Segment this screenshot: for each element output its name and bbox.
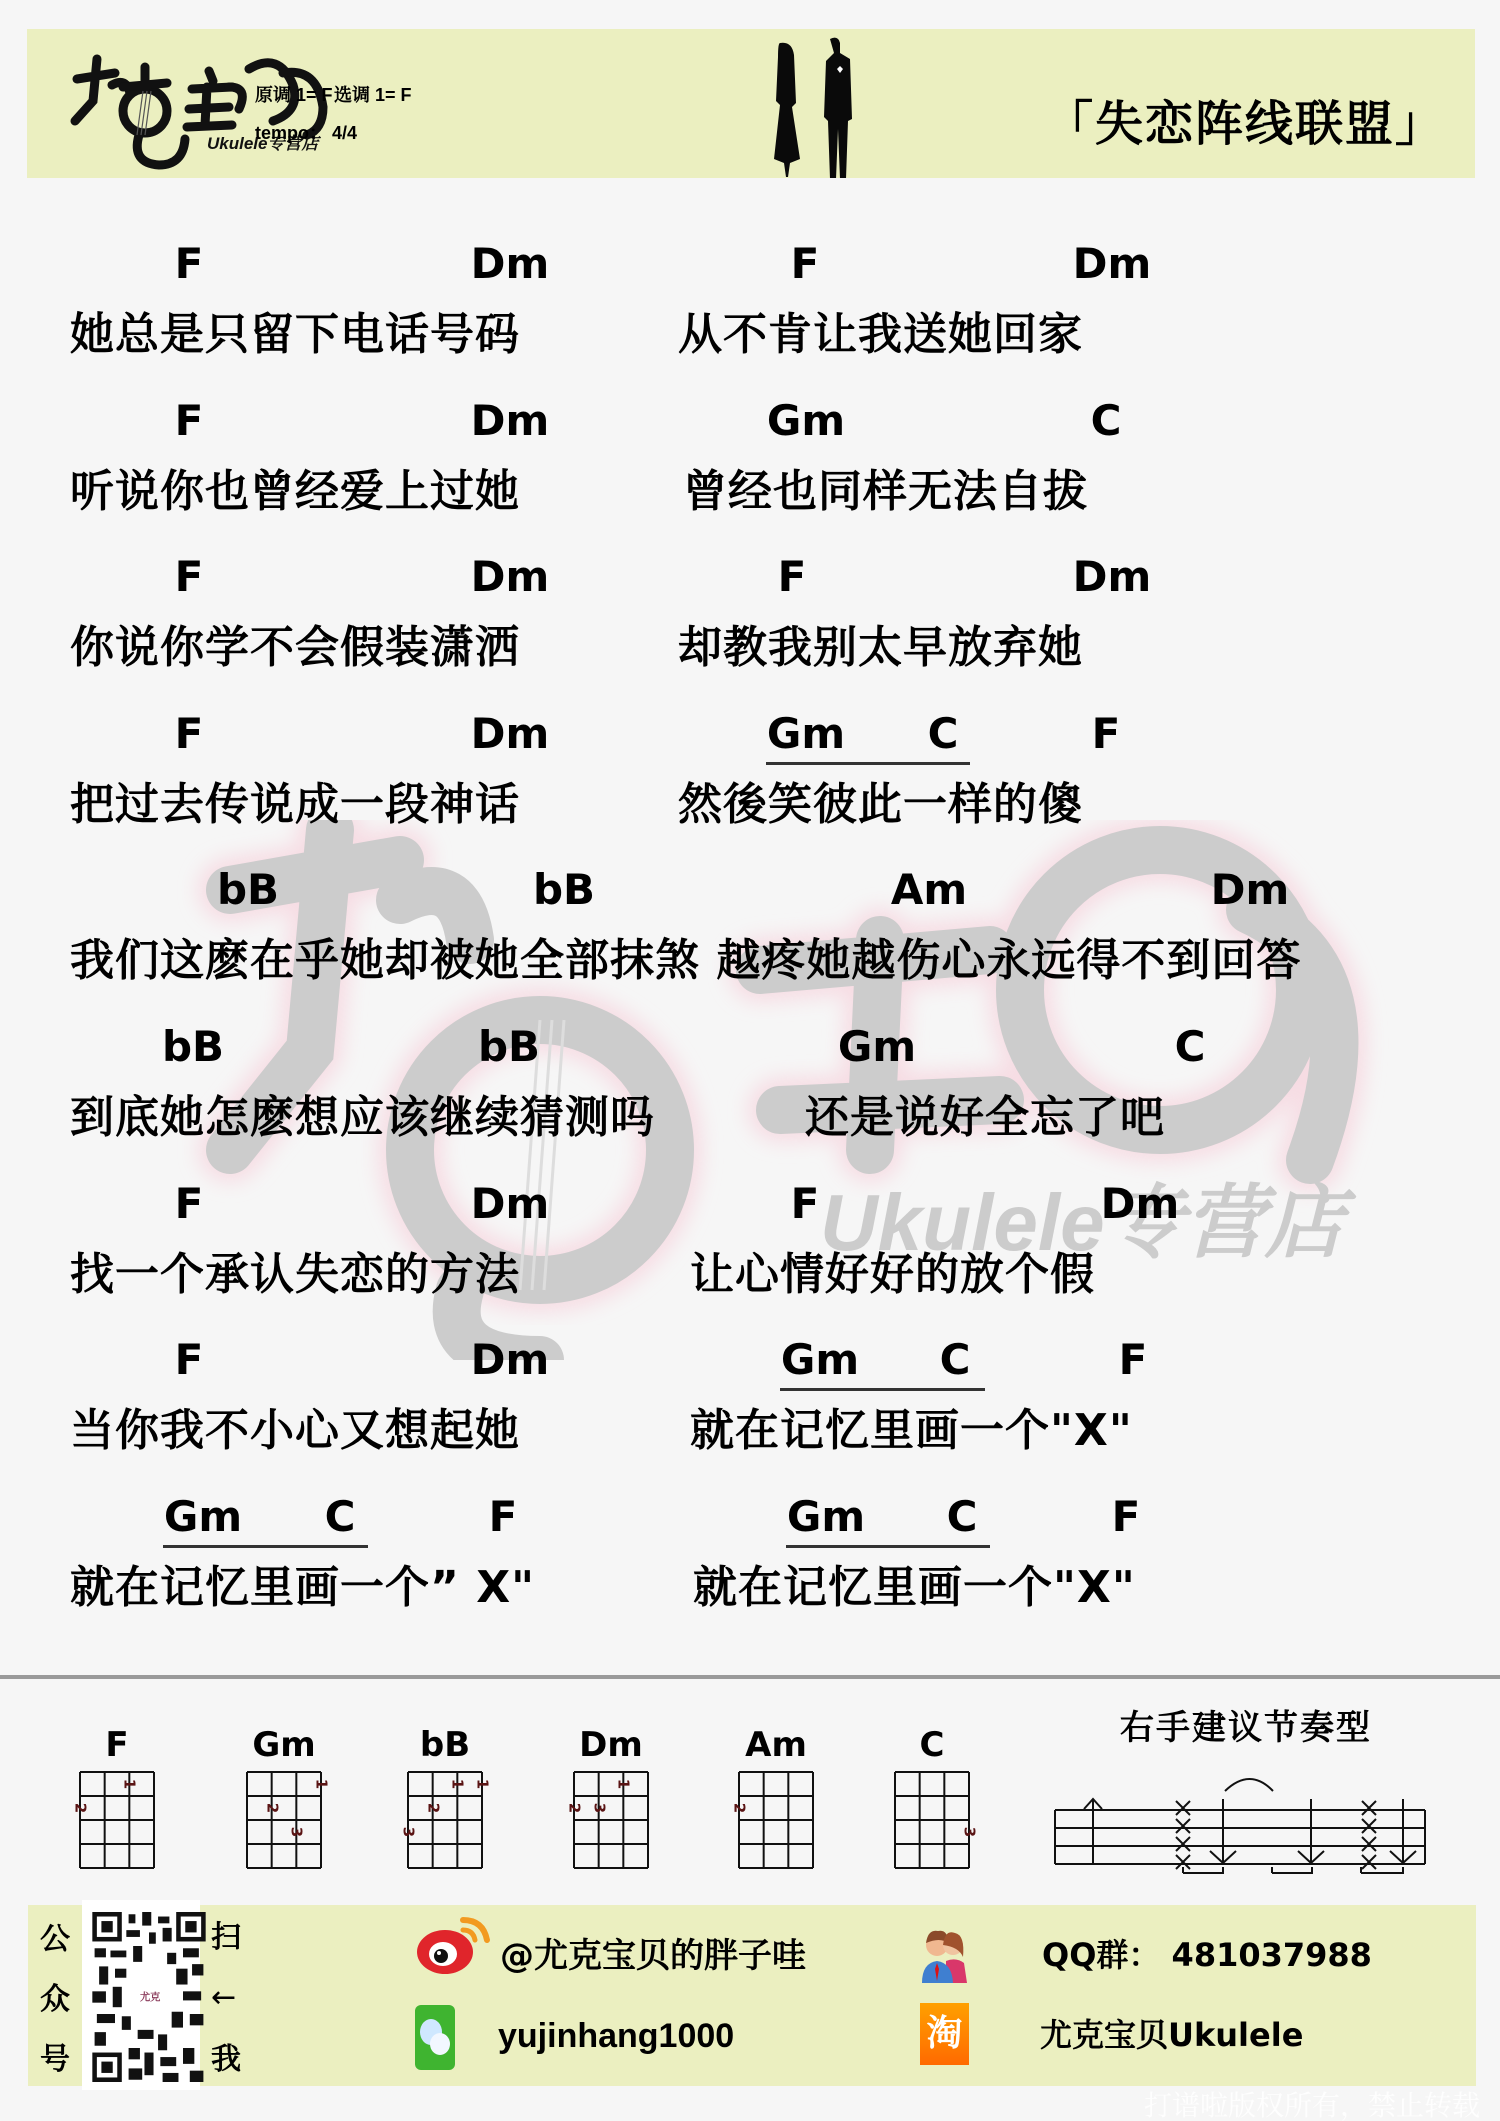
chord-label: Gm — [787, 1496, 865, 1538]
finger-number: 1 — [475, 1779, 490, 1789]
chord-label: F — [489, 1496, 518, 1538]
lyric-line: 你说你学不会假装潇洒 — [70, 626, 520, 670]
lyric-line: 听说你也曾经爱上过她 — [70, 470, 520, 514]
chord-label: Dm — [471, 243, 550, 285]
chord-label: Dm — [1101, 1183, 1180, 1225]
chord-label: Dm — [1073, 243, 1152, 285]
public-account-char: 众 — [40, 1985, 70, 2015]
chord-label: Gm — [767, 400, 845, 442]
chord-diagram-name: Dm — [579, 1728, 643, 1762]
chord-diagram-grid-icon — [572, 1770, 650, 1870]
lyric-line: 曾经也同样无法自拔 — [683, 470, 1088, 514]
footer-band: 公 众 号 尤克 扫 ← 我 — [28, 1905, 1476, 2086]
chord-diagram-name: Am — [745, 1728, 807, 1762]
chord-diagram-name: F — [105, 1728, 128, 1762]
chord-label: Dm — [1073, 556, 1152, 598]
chord-label: Gm — [781, 1339, 859, 1381]
chord-diagram-grid-icon — [245, 1770, 323, 1870]
chord-diagram-grid-icon — [737, 1770, 815, 1870]
original-key: 原调 1= F — [255, 81, 333, 107]
lyric-line: 就在记忆里画一个"X" — [693, 1566, 1136, 1610]
chord-label: F — [175, 400, 204, 442]
couple-silhouette-icon — [752, 29, 882, 178]
copyright-notice: 打谱啦版权所有，禁止转载 — [1144, 2084, 1480, 2121]
chord-label: Dm — [471, 1183, 550, 1225]
chord-label: Gm — [164, 1496, 242, 1538]
chord-label: F — [791, 1183, 820, 1225]
lyric-line: 当你我不小心又想起她 — [70, 1409, 520, 1453]
song-title: 「失恋阵线联盟」 — [1045, 85, 1445, 154]
lyric-line: 还是说好全忘了吧 — [805, 1096, 1165, 1140]
chord-diagram-grid-icon — [893, 1770, 971, 1870]
chord-diagram-name: Gm — [252, 1728, 315, 1762]
chord-label: bB — [162, 1026, 224, 1068]
lyric-line: 让心情好好的放个假 — [690, 1253, 1095, 1297]
finger-number: 3 — [591, 1803, 606, 1813]
wechat-id[interactable]: yujinhang1000 — [498, 2019, 734, 2053]
chord-group-underline — [780, 1388, 985, 1391]
chord-diagram-name: bB — [420, 1728, 470, 1762]
chord-label: Dm — [471, 713, 550, 755]
chord-label: F — [1112, 1496, 1141, 1538]
finger-number: 1 — [616, 1779, 631, 1789]
lyric-line: 却教我别太早放弃她 — [678, 626, 1083, 670]
chord-label: Dm — [1211, 869, 1290, 911]
chord-label: F — [778, 556, 807, 598]
chord-group-underline — [766, 762, 970, 765]
chord-label: Gm — [767, 713, 845, 755]
lyric-line: 然後笑彼此一样的傻 — [678, 783, 1083, 827]
finger-number: 2 — [425, 1803, 440, 1813]
chord-group-underline — [163, 1545, 368, 1548]
chord-label: F — [1092, 713, 1121, 755]
section-divider — [0, 1675, 1500, 1679]
chord-label: F — [175, 243, 204, 285]
finger-number: 3 — [962, 1827, 977, 1837]
weibo-handle[interactable]: @尤克宝贝的胖子哇 — [500, 1939, 806, 1973]
strum-pattern-icon — [1050, 1755, 1440, 1875]
wechat-icon[interactable] — [415, 2005, 455, 2070]
finger-number: 1 — [450, 1779, 465, 1789]
finger-number: 3 — [289, 1827, 304, 1837]
chord-label: C — [940, 1339, 971, 1381]
lyric-line: 就在记忆里画一个” X" — [70, 1566, 535, 1610]
chord-label: Dm — [471, 1339, 550, 1381]
chord-label: F — [175, 556, 204, 598]
qr-code-panel[interactable]: 尤克 — [82, 1900, 200, 2090]
chord-label: bB — [217, 869, 279, 911]
public-account-char: 公 — [40, 1925, 70, 1955]
lyric-line: 到底她怎麽想应该继续猜测吗 — [70, 1096, 655, 1140]
finger-number: 1 — [122, 1779, 137, 1789]
chord-label: bB — [533, 869, 595, 911]
selected-key: 选调 1= F — [334, 81, 412, 107]
chord-label: Dm — [471, 400, 550, 442]
scan-char: 扫 — [211, 1923, 241, 1953]
lyric-line: 把过去传说成一段神话 — [70, 783, 520, 827]
chord-label: C — [928, 713, 959, 755]
chord-diagram-grid-icon — [78, 1770, 156, 1870]
weibo-icon[interactable] — [415, 1910, 497, 1978]
chord-diagram-grid-icon — [406, 1770, 484, 1870]
chord-label: F — [791, 243, 820, 285]
chord-label: bB — [478, 1026, 540, 1068]
finger-number: 2 — [732, 1803, 747, 1813]
chord-label: F — [175, 713, 204, 755]
tempo: tempo： 4/4 — [255, 119, 357, 145]
strum-pattern-title: 右手建议节奏型 — [1120, 1700, 1372, 1749]
chord-group-underline — [786, 1545, 990, 1548]
chord-label: C — [325, 1496, 356, 1538]
chord-label: F — [175, 1183, 204, 1225]
chord-label: Gm — [838, 1026, 916, 1068]
arrow-left-icon: ← — [211, 1983, 236, 2013]
finger-number: 2 — [73, 1803, 88, 1813]
taobao-shop[interactable]: 尤克宝贝Ukulele — [1040, 2019, 1303, 2051]
chord-label: Dm — [471, 556, 550, 598]
chord-label: F — [1119, 1339, 1148, 1381]
finger-number: 1 — [314, 1779, 329, 1789]
chord-label: C — [1091, 400, 1122, 442]
qr-code-icon[interactable]: 尤克 — [90, 1912, 208, 2082]
header-band: Ukulele专营店 原调 1= F 选调 1= F tempo： 4/4 「失… — [27, 29, 1475, 178]
lyric-line: 从不肯让我送她回家 — [678, 313, 1083, 357]
chord-label: Am — [891, 869, 967, 911]
public-account-char: 号 — [40, 2045, 70, 2075]
finger-number: 2 — [567, 1803, 582, 1813]
svg-text:尤克: 尤克 — [140, 1990, 161, 2003]
lyric-line: 找一个承认失恋的方法 — [70, 1253, 520, 1297]
taobao-icon[interactable]: 淘 — [920, 2003, 969, 2065]
lyric-line: 她总是只留下电话号码 — [70, 313, 520, 357]
qq-group-icon[interactable] — [920, 1927, 970, 1985]
chord-label: C — [947, 1496, 978, 1538]
chord-label: C — [1175, 1026, 1206, 1068]
chord-diagram-name: C — [920, 1728, 945, 1762]
chord-label: F — [175, 1339, 204, 1381]
lyric-line: 就在记忆里画一个"X" — [690, 1409, 1133, 1453]
scan-char: 我 — [211, 2045, 241, 2075]
lyric-line: 我们这麽在乎她却被她全部抹煞 越疼她越伤心永远得不到回答 — [70, 939, 1301, 983]
finger-number: 3 — [401, 1827, 416, 1837]
finger-number: 2 — [264, 1803, 279, 1813]
qq-group-number[interactable]: QQ群： 481037988 — [1042, 1939, 1372, 1971]
